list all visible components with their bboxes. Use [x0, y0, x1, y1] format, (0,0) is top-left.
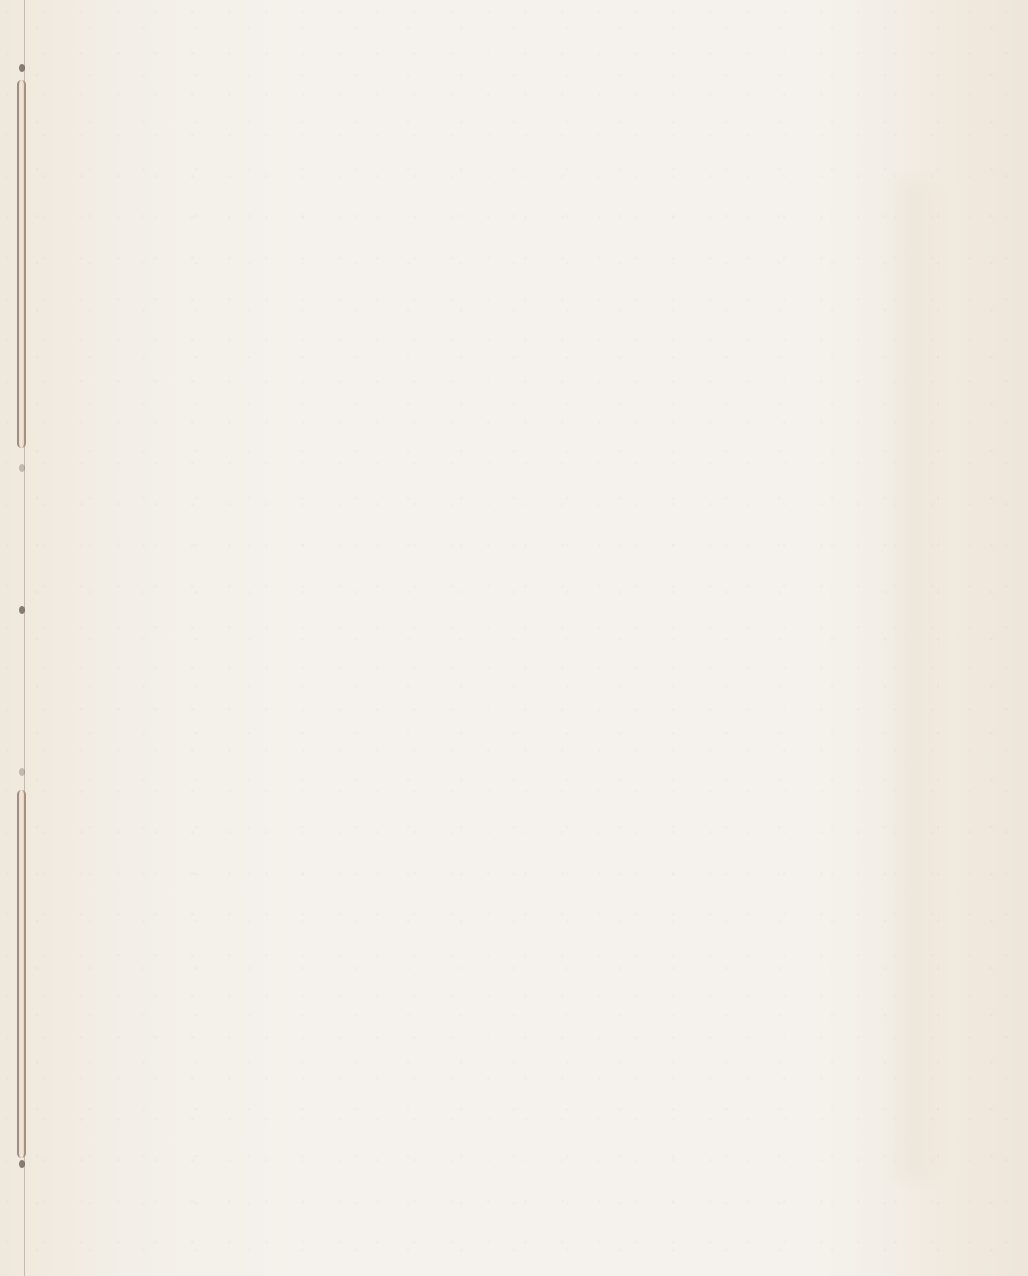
binding-stitch-bottom	[17, 790, 26, 1158]
binding-knot-icon	[19, 1160, 25, 1168]
binding-knot-icon	[19, 464, 25, 472]
binding-stitch-top	[17, 80, 26, 448]
blank-page	[0, 0, 1028, 1276]
paper-stain	[885, 180, 945, 1180]
binding-knot-icon	[19, 768, 25, 776]
binding-knot-icon	[19, 606, 25, 614]
binding-knot-icon	[19, 64, 25, 72]
